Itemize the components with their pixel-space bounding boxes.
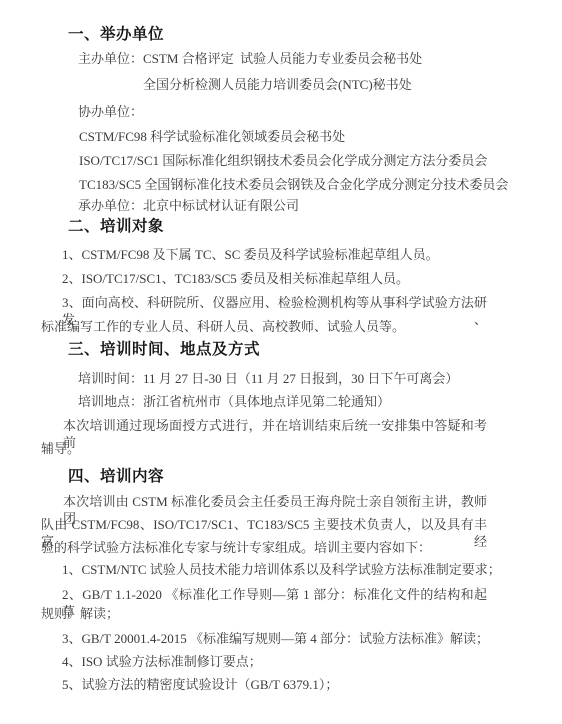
- doc-line-cohost-3: TC183/SC5 全国钢标准化技术委员会钢铁及合金化学成分测定分技术委员会: [79, 176, 508, 193]
- doc-line-item1: 1、CSTM/FC98 及下属 TC、SC 委员及科学试验标准起草组人员。: [62, 246, 439, 263]
- heading-trainees: 二、培训对象: [68, 218, 164, 236]
- heading-organizers: 一、举办单位: [68, 26, 164, 44]
- doc-line-item2: 2、ISO/TC17/SC1、TC183/SC5 委员及相关标准起草组人员。: [62, 270, 409, 287]
- doc-line-place: 培训地点：浙江省杭州市（具体地点详见第二轮通知）: [78, 393, 390, 410]
- heading-schedule: 三、培训时间、地点及方式: [68, 341, 260, 359]
- doc-line-time: 培训时间：11 月 27 日-30 日（11 月 27 日报到，30 日下午可离…: [78, 370, 458, 387]
- doc-line-content2: 2、GB/T 1.1-2020 《标准化工作导则—第 1 部分：标准化文件的结构…: [62, 586, 487, 620]
- doc-line-content4: 4、ISO 试验方法标准制修订要点；: [62, 653, 262, 670]
- doc-line-cohost-2: ISO/TC17/SC1 国际标准化组织钢技术委员会化学成分测定方法分委员会: [79, 152, 487, 169]
- doc-line-item3-cont: 标准编写工作的专业人员、科研人员、高校教师、试验人员等。: [41, 318, 405, 335]
- document-page: 一、举办单位 主办单位：CSTM 合格评定 试验人员能力专业委员会秘书处 全国分…: [0, 0, 562, 724]
- doc-line-cohost-1: CSTM/FC98 科学试验标准化领域委员会秘书处: [79, 128, 345, 145]
- doc-line-content1: 1、CSTM/NTC 试验人员技术能力培训体系以及科学试验方法标准制定要求；: [62, 561, 501, 578]
- doc-line-content2-cont: 规则》解读；: [41, 605, 119, 622]
- doc-line-host: 主办单位：CSTM 合格评定 试验人员能力专业委员会秘书处: [78, 50, 422, 67]
- heading-content: 四、培训内容: [68, 468, 164, 486]
- doc-line-format-cont: 辅导。: [41, 440, 80, 457]
- doc-line-format: 本次培训通过现场面授方式进行，并在培训结束后统一安排集中答疑和考前: [63, 417, 487, 451]
- doc-line-host2: 全国分析检测人员能力培训委员会(NTC)秘书处: [143, 76, 412, 93]
- doc-line-content5: 5、试验方法的精密度试验设计（GB/T 6379.1）；: [62, 676, 338, 693]
- doc-line-intro-cont2: 验的科学试验方法标准化专家与统计专家组成。培训主要内容如下：: [41, 539, 431, 556]
- doc-line-cohost: 协办单位：: [78, 103, 143, 120]
- doc-line-content3: 3、GB/T 20001.4-2015 《标准编写规则—第 4 部分：试验方法标…: [62, 630, 489, 647]
- doc-line-undertaker: 承办单位：北京中标试材认证有限公司: [78, 197, 299, 214]
